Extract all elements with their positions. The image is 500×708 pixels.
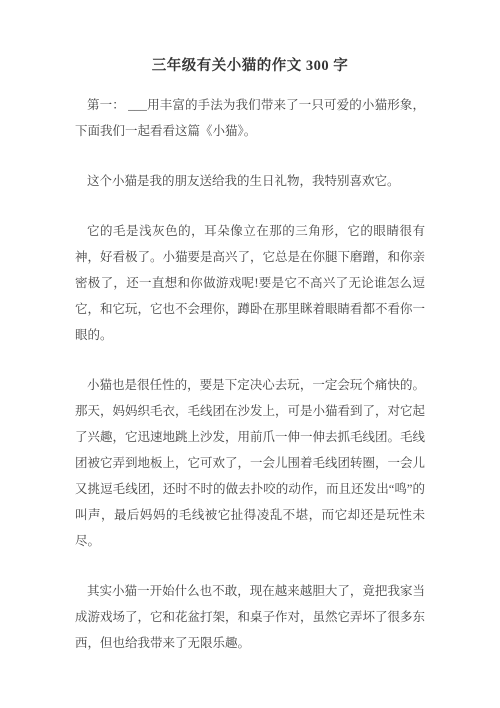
paragraph-appearance: 它的毛是浅灰色的，耳朵像立在那的三角形，它的眼睛很有神，好看极了。小猫要是高兴了… [75, 218, 425, 348]
paragraph-yarn-story: 小猫也是很任性的，要是下定决心去玩，一定会玩个痛快的。那天，妈妈织毛衣，毛线团在… [75, 372, 425, 554]
document-page: 三年级有关小猫的作文 300 字 第一： ___用丰富的手法为我们带来了一只可爱… [0, 0, 500, 708]
page-title: 三年级有关小猫的作文 300 字 [75, 54, 425, 78]
paragraph-intro: 第一： ___用丰富的手法为我们带来了一只可爱的小猫形象，下面我们一起看看这篇《… [75, 92, 425, 144]
paragraph-conclusion: 其实小猫一开始什么也不敢，现在越来越胆大了，竟把我家当成游戏场了，它和花盆打架，… [75, 578, 425, 656]
paragraph-gift: 这个小猫是我的朋友送给我的生日礼物，我特别喜欢它。 [75, 168, 425, 194]
